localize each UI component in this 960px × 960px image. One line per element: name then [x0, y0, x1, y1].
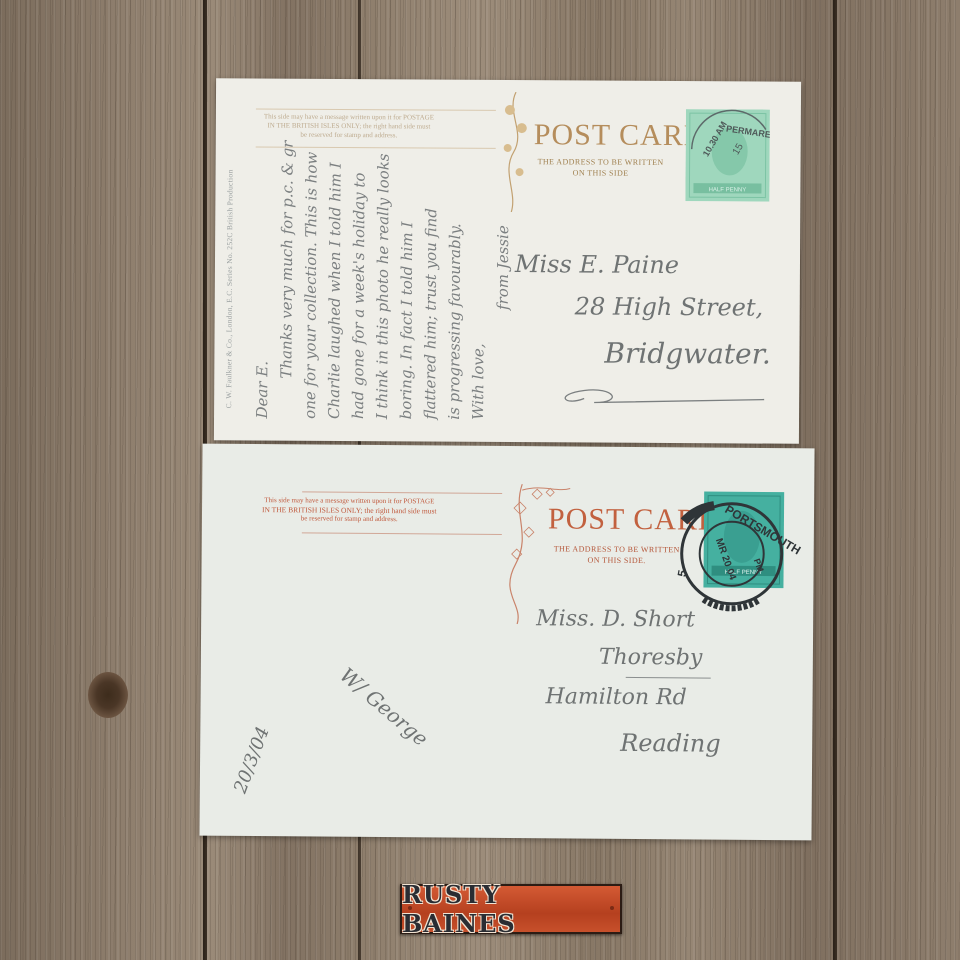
half-penny-stamp-green: HALF PENNY PERMARE 10.30 AM 15 — [685, 109, 770, 202]
postcard-subtitle: THE ADDRESS TO BE WRITTEN ON THIS SIDE. — [554, 543, 680, 566]
annotation-note: W/ George — [335, 663, 433, 751]
svg-text:HALF PENNY: HALF PENNY — [709, 187, 747, 193]
address-line-3: Hamilton Rd — [545, 684, 686, 710]
address-line-4: Reading — [620, 729, 721, 758]
address-line-1: Miss E. Paine — [515, 250, 679, 279]
half-penny-stamp-teal: HALF PENNY PORTSMOUTH MR 20 04 PM 5 — [663, 481, 804, 612]
rusty-baines-logo-plaque: RUSTY BAINES — [400, 884, 622, 934]
notice-rule — [302, 491, 502, 494]
publisher-credit: C. W. Faulkner & Co., London, E.C. Serie… — [224, 169, 234, 408]
address-underline — [626, 677, 711, 679]
postcard-subtitle: THE ADDRESS TO BE WRITTEN ON THIS SIDE — [538, 156, 664, 179]
handwritten-message: Dear E. Thanks very much for p.c. & gr o… — [250, 140, 516, 420]
plank-gap — [833, 0, 837, 960]
wood-knot — [88, 672, 128, 718]
address-line-1: Miss. D. Short — [536, 606, 695, 632]
postcard-top: C. W. Faulkner & Co., London, E.C. Serie… — [214, 78, 801, 444]
postage-notice: This side may have a message written upo… — [264, 113, 434, 141]
notice-rule — [256, 108, 496, 110]
svg-text:5: 5 — [675, 569, 690, 578]
address-line-3: Bridgwater. — [604, 337, 771, 371]
postcard-title: POST CARD — [534, 118, 707, 153]
address-line-2: 28 High Street, — [575, 292, 764, 321]
address-line-2: Thoresby — [599, 645, 703, 671]
notice-rule — [302, 532, 502, 535]
rivet-icon — [408, 906, 412, 910]
postage-notice: This side may have a message written upo… — [262, 496, 437, 524]
address-flourish — [554, 384, 774, 409]
rivet-icon — [610, 906, 614, 910]
annotation-date: 20/3/04 — [230, 724, 274, 796]
brand-text: RUSTY BAINES — [402, 880, 620, 938]
postcard-bottom: This side may have a message written upo… — [199, 444, 814, 841]
